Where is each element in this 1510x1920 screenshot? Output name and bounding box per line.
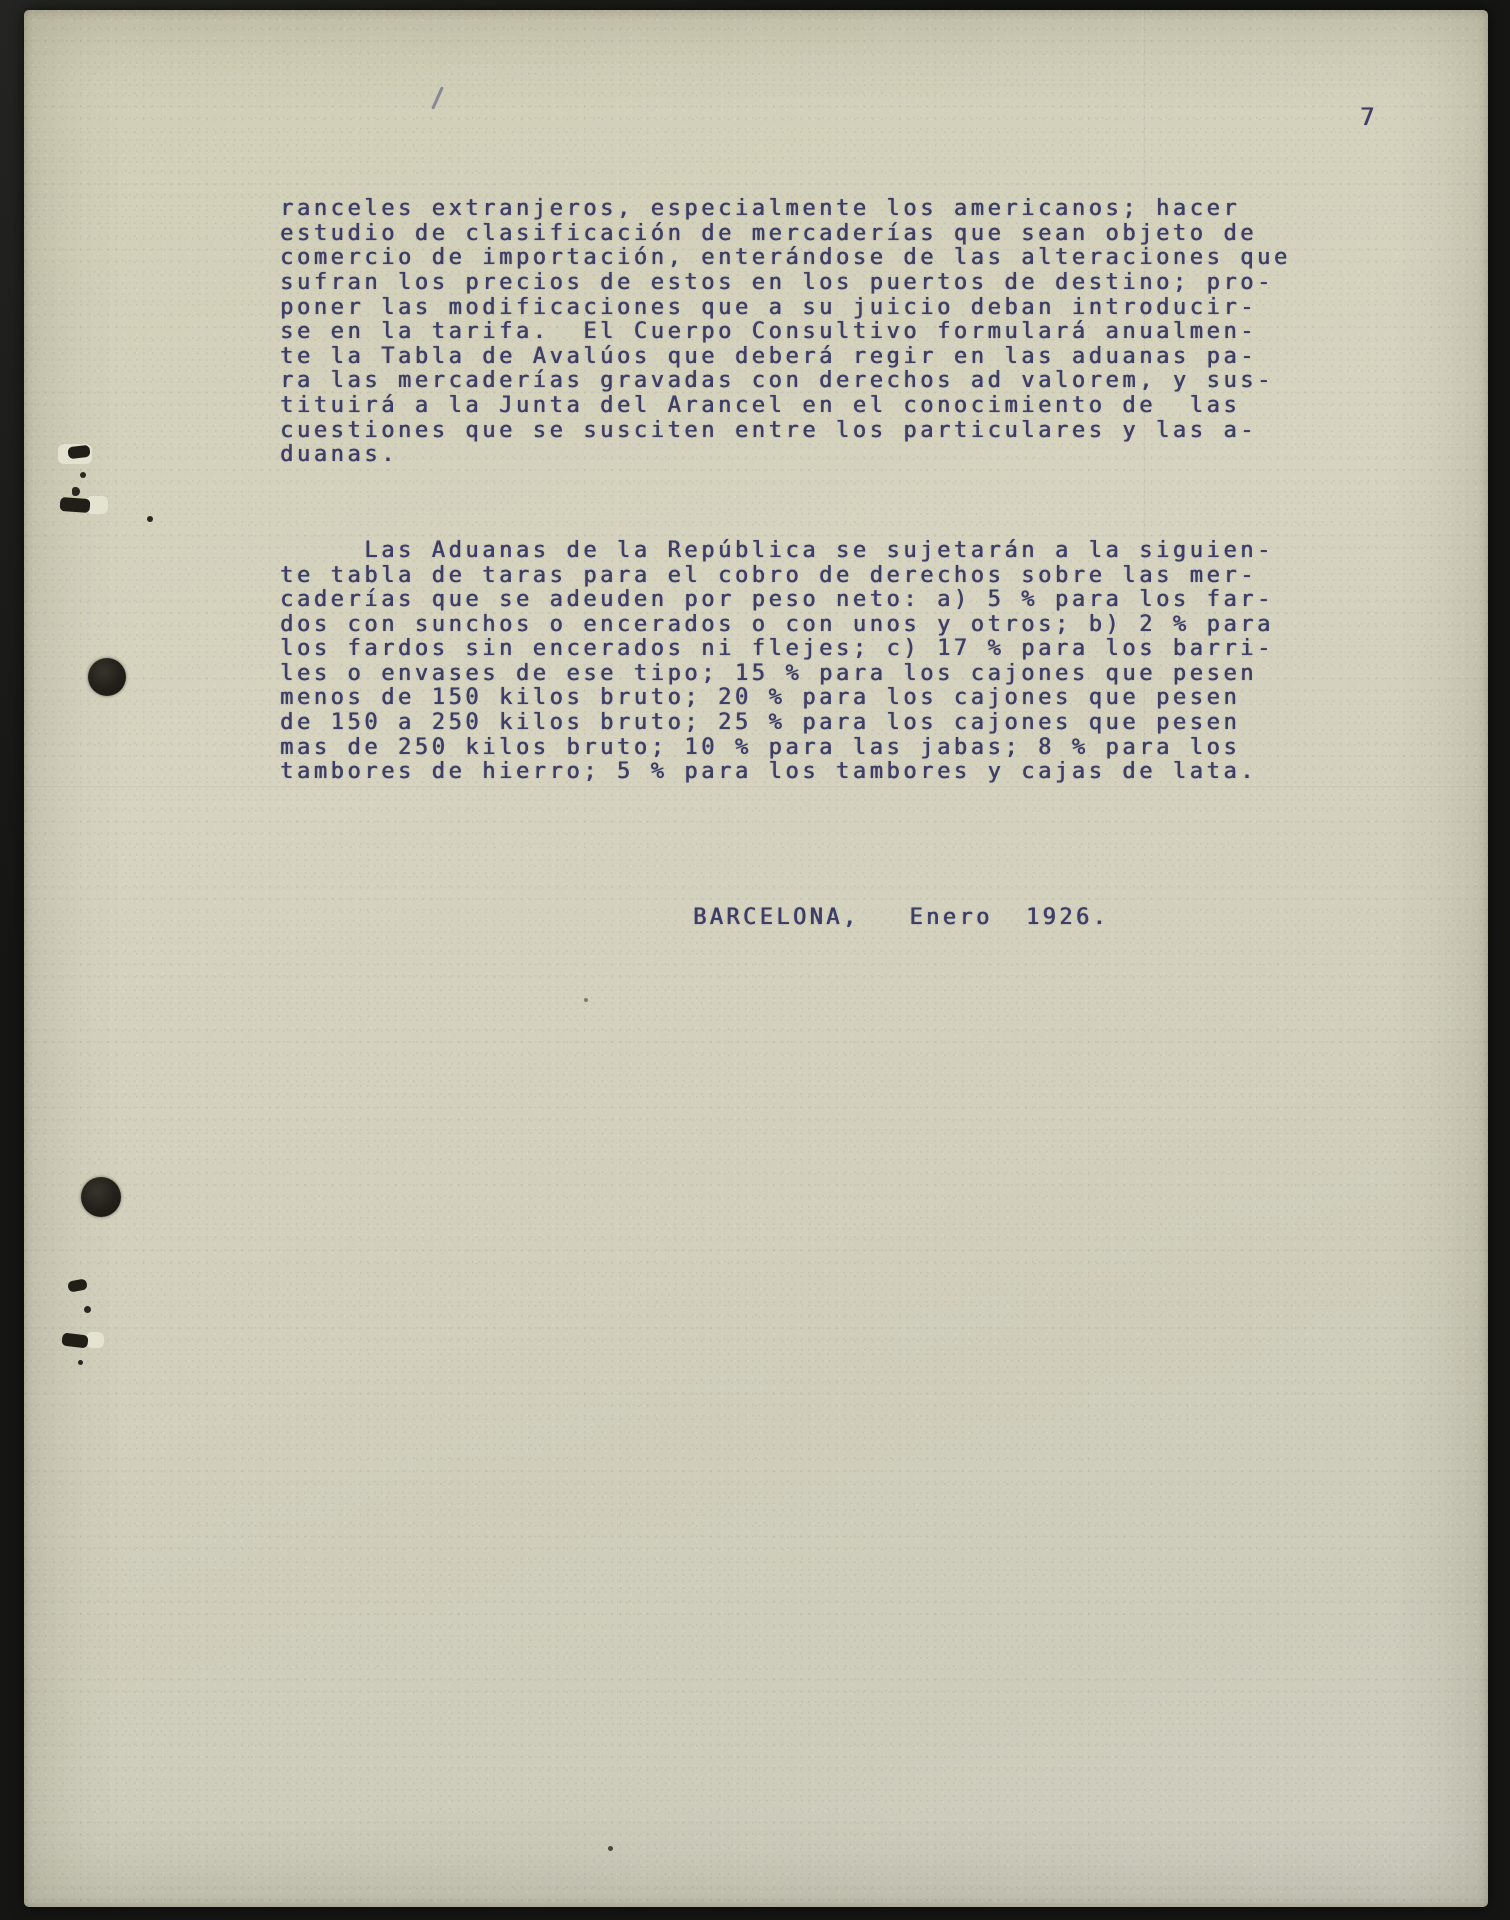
dateline: BARCELONA, Enero 1926. bbox=[693, 905, 1109, 930]
paper-tear bbox=[86, 496, 108, 514]
text-line: dos con sunchos o encerados o con unos y… bbox=[280, 613, 1291, 638]
text-line: mas de 250 kilos bruto; 10 % para las ja… bbox=[280, 736, 1291, 761]
paper-tear bbox=[58, 444, 92, 464]
document-body: ranceles extranjeros, especialmente los … bbox=[280, 148, 1291, 834]
text-line: menos de 150 kilos bruto; 20 % para los … bbox=[280, 686, 1291, 711]
punch-hole-stain bbox=[88, 658, 126, 696]
paper-speck bbox=[72, 487, 80, 496]
text-line: comercio de importación, enterándose de … bbox=[280, 246, 1291, 271]
staple-mark bbox=[67, 445, 90, 460]
paper-speck bbox=[608, 1846, 613, 1851]
text-line: tituirá a la Junta del Arancel en el con… bbox=[280, 394, 1291, 419]
document-page: 7 ranceles extranjeros, especialmente lo… bbox=[24, 10, 1488, 1907]
paper-tear bbox=[86, 1332, 104, 1348]
text-line: sufran los precios de estos en los puert… bbox=[280, 271, 1291, 296]
text-line: los fardos sin encerados ni flejes; c) 1… bbox=[280, 637, 1291, 662]
paper-speck bbox=[80, 472, 86, 478]
text-line: tambores de hierro; 5 % para los tambore… bbox=[280, 760, 1291, 785]
staple-mark bbox=[67, 1278, 88, 1292]
text-line: Las Aduanas de la República se sujetarán… bbox=[280, 539, 1291, 564]
ink-slash-mark bbox=[431, 86, 444, 109]
text-line: te la Tabla de Avalúos que deberá regir … bbox=[280, 345, 1291, 370]
text-line: ranceles extranjeros, especialmente los … bbox=[280, 197, 1291, 222]
text-line: les o envases de ese tipo; 15 % para los… bbox=[280, 662, 1291, 687]
text-line: de 150 a 250 kilos bruto; 25 % para los … bbox=[280, 711, 1291, 736]
scan-background: 7 ranceles extranjeros, especialmente lo… bbox=[0, 0, 1510, 1920]
text-line: cuestiones que se susciten entre los par… bbox=[280, 419, 1291, 444]
paper-crease-vertical-bottom bbox=[616, 1510, 618, 1907]
paper-speck bbox=[78, 1360, 83, 1365]
paper-speck bbox=[84, 1306, 91, 1313]
staple-mark bbox=[60, 497, 91, 513]
punch-hole-stain bbox=[81, 1177, 121, 1217]
text-line: te tabla de taras para el cobro de derec… bbox=[280, 564, 1291, 589]
text-line: estudio de clasificación de mercaderías … bbox=[280, 222, 1291, 247]
paragraph-1: ranceles extranjeros, especialmente los … bbox=[280, 197, 1291, 468]
paper-speck bbox=[147, 516, 153, 522]
paper-speck bbox=[584, 998, 588, 1002]
text-line: poner las modificaciones que a su juicio… bbox=[280, 296, 1291, 321]
paragraph-2: Las Aduanas de la República se sujetarán… bbox=[280, 539, 1291, 785]
text-line: duanas. bbox=[280, 443, 1291, 468]
text-line: caderías que se adeuden por peso neto: a… bbox=[280, 588, 1291, 613]
text-line: se en la tarifa. El Cuerpo Consultivo fo… bbox=[280, 320, 1291, 345]
staple-mark bbox=[61, 1332, 88, 1348]
text-line: ra las mercaderías gravadas con derechos… bbox=[280, 369, 1291, 394]
page-number: 7 bbox=[1360, 103, 1374, 131]
